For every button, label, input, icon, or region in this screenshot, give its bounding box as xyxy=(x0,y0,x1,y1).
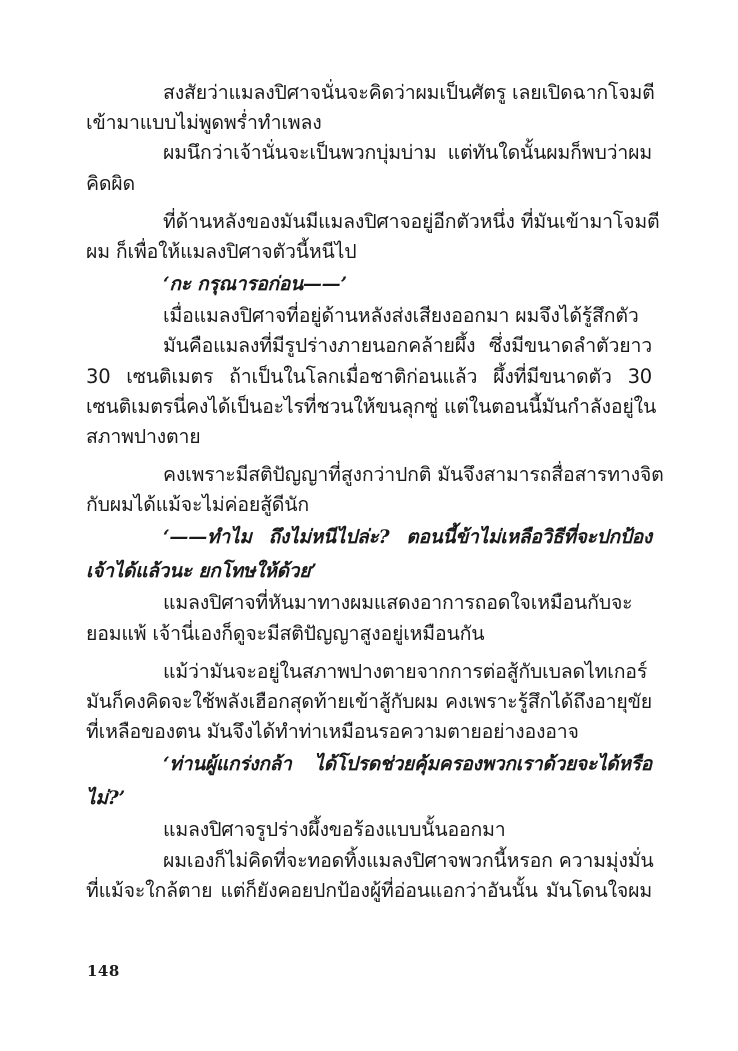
paragraph-line: ที่เหลือของตน มันจึงได้ทำท่าเหมือนรอความ… xyxy=(86,717,652,747)
paragraph-line: กับผมได้แม้จะไม่ค่อยสู้ดีนัก xyxy=(86,490,652,520)
dialogue-line: ‘ท่านผู้แกร่งกล้า ได้โปรดช่วยคุ้มครองพวก… xyxy=(86,747,652,781)
book-page: สงสัยว่าแมลงปิศาจนั่นจะคิดว่าผมเป็นศัตรู… xyxy=(0,0,738,1051)
paragraph-line: เซนติเมตรนี่คงได้เป็นอะไรที่ชวนให้ขนลุกซ… xyxy=(86,392,652,422)
paragraph-line: คิดผิด xyxy=(86,169,652,199)
paragraph-line: แมลงปิศาจรูปร่างผึ้งขอร้องแบบนั้นออกมา xyxy=(86,815,652,845)
paragraph-line: มันคือแมลงที่มีรูปร่างภายนอกคล้ายผึ้ง ซึ… xyxy=(86,331,652,361)
paragraph-line: ที่แม้จะใกล้ตาย แต่ก็ยังคอยปกป้องผู้ที่อ… xyxy=(86,876,652,906)
paragraph-line: มันก็คงคิดจะใช้พลังเฮือกสุดท้ายเข้าสู้กั… xyxy=(86,687,652,717)
body-text: สงสัยว่าแมลงปิศาจนั่นจะคิดว่าผมเป็นศัตรู… xyxy=(86,78,652,906)
paragraph-line: คงเพราะมีสติปัญญาที่สูงกว่าปกติ มันจึงสา… xyxy=(86,460,652,490)
paragraph-line: ยอมแพ้ เจ้านี่เองก็ดูจะมีสติปัญญาสูงอยู่… xyxy=(86,619,652,649)
dialogue-line: เจ้าได้แล้วนะ ยกโทษให้ด้วย’ xyxy=(86,554,652,588)
paragraph-line: เมื่อแมลงปิศาจที่อยู่ด้านหลังส่งเสียงออก… xyxy=(86,301,652,331)
dialogue-line: ไม่?’ xyxy=(86,781,652,815)
paragraph-line: ผม ก็เพื่อให้แมลงปิศาจตัวนี้หนีไป xyxy=(86,237,652,267)
paragraph-line: ผมเองก็ไม่คิดที่จะทอดทิ้งแมลงปิศาจพวกนี้… xyxy=(86,846,652,876)
paragraph-line: 30 เซนติเมตร ถ้าเป็นในโลกเมื่อชาติก่อนแล… xyxy=(86,362,652,392)
dialogue-line: ‘——ทำไม ถึงไม่หนีไปล่ะ? ตอนนี้ข้าไม่เหลื… xyxy=(86,520,652,554)
paragraph-line: ที่ด้านหลังของมันมีแมลงปิศาจอยู่อีกตัวหน… xyxy=(86,207,652,237)
paragraph-line: แมลงปิศาจที่หันมาทางผมแสดงอาการถอดใจเหมื… xyxy=(86,588,652,618)
paragraph-line: สงสัยว่าแมลงปิศาจนั่นจะคิดว่าผมเป็นศัตรู… xyxy=(86,78,652,108)
paragraph-line: แม้ว่ามันจะอยู่ในสภาพปางตายจากการต่อสู้ก… xyxy=(86,657,652,687)
dialogue-line: ‘กะ กรุณารอก่อน——’ xyxy=(86,267,652,301)
page-number: 148 xyxy=(87,962,120,980)
paragraph-line: เข้ามาแบบไม่พูดพร่ำทำเพลง xyxy=(86,108,652,138)
paragraph-line: ผมนึกว่าเจ้านั่นจะเป็นพวกบุ่มบ่าม แต่ทัน… xyxy=(86,138,652,168)
paragraph-line: สภาพปางตาย xyxy=(86,422,652,452)
